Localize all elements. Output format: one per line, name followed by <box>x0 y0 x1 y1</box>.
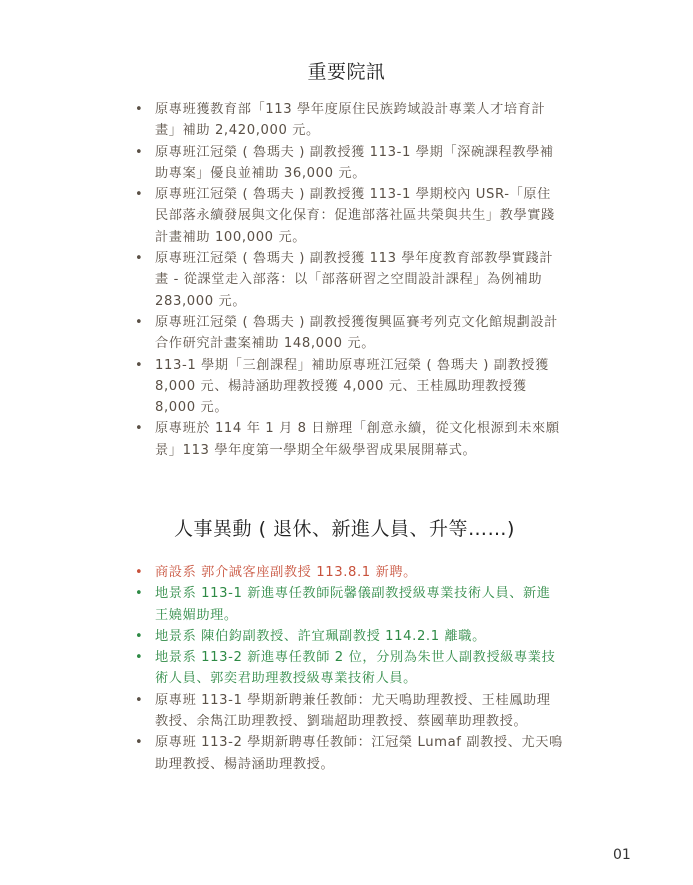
important-news-list: 原專班獲教育部「113 學年度原住民族跨域設計專業人才培育計畫」補助 2,420… <box>133 99 563 461</box>
list-item: 商設系 郭介誠客座副教授 113.8.1 新聘。 <box>133 562 563 583</box>
list-item: 113-1 學期「三創課程」補助原專班江冠榮 ( 魯瑪夫 ) 副教授獲 8,00… <box>133 355 563 419</box>
personnel-changes-list: 商設系 郭介誠客座副教授 113.8.1 新聘。 地景系 113-1 新進專任教… <box>133 562 563 775</box>
page-number: 01 <box>613 847 631 863</box>
list-item: 地景系 113-2 新進專任教師 2 位，分別為朱世人副教授級專業技術人員、郭奕… <box>133 647 563 690</box>
list-item: 原專班江冠榮 ( 魯瑪夫 ) 副教授獲 113 學年度教育部教學實踐計畫 - 從… <box>133 248 563 312</box>
list-item: 地景系 113-1 新進專任教師阮馨儀副教授級專業技術人員、新進王嬈媚助理。 <box>133 583 563 626</box>
list-item: 原專班於 114 年 1 月 8 日辦理「創意永續，從文化根源到未來願景」113… <box>133 418 563 461</box>
list-item: 地景系 陳伯鈞副教授、許宜珮副教授 114.2.1 離職。 <box>133 626 563 647</box>
list-item: 原專班 113-1 學期新聘兼任教師：尤天鳴助理教授、王桂鳳助理教授、余雋江助理… <box>133 690 563 733</box>
list-item: 原專班江冠榮 ( 魯瑪夫 ) 副教授獲復興區賽考列克文化館規劃設計合作研究計畫案… <box>133 312 563 355</box>
section-title-personnel-changes: 人事異動 ( 退休、新進人員、升等……) <box>0 514 691 541</box>
section-title-important-news: 重要院訊 <box>0 57 693 84</box>
list-item: 原專班江冠榮 ( 魯瑪夫 ) 副教授獲 113-1 學期「深碗課程教學補助專案」… <box>133 142 563 185</box>
list-item: 原專班江冠榮 ( 魯瑪夫 ) 副教授獲 113-1 學期校內 USR-「原住民部… <box>133 184 563 248</box>
list-item: 原專班 113-2 學期新聘專任教師：江冠榮 Lumaf 副教授、尤天鳴助理教授… <box>133 732 563 775</box>
list-item: 原專班獲教育部「113 學年度原住民族跨域設計專業人才培育計畫」補助 2,420… <box>133 99 563 142</box>
